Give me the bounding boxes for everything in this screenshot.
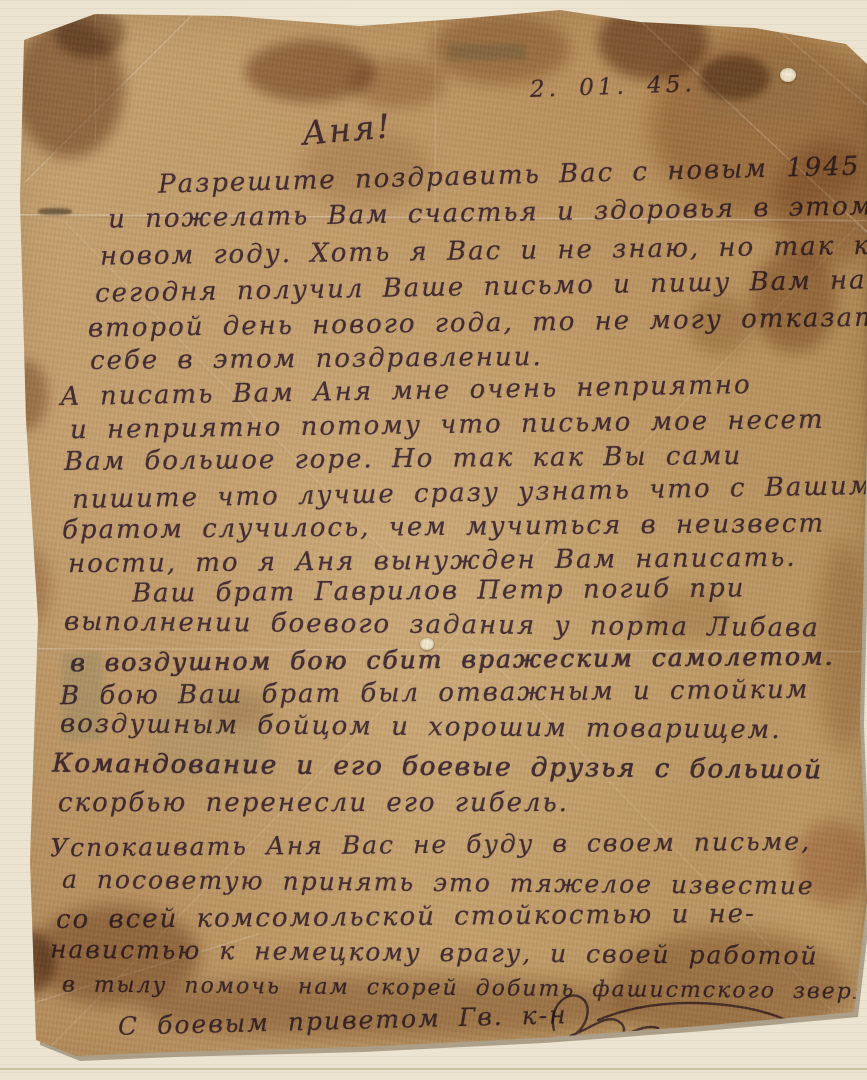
stain [430, 14, 570, 84]
letter-line: В бою Ваш брат был отважным и стойким [60, 675, 810, 712]
photo-canvas: 2. 01. 45. Аня! Разрешите поздравить Вас… [0, 0, 867, 1080]
show-through-mark [448, 44, 526, 60]
stain [245, 40, 375, 102]
stain [0, 545, 50, 630]
show-through-mark [700, 60, 820, 120]
letter-line: Командование и его боевые друзья с больш… [52, 749, 823, 786]
paper-hole [780, 68, 796, 82]
fold-crease [93, 12, 96, 142]
letter-line: воздушным бойцом и хорошим товарищем. [60, 709, 782, 745]
letter-line: Успокаивать Аня Вас не буду в своем пись… [50, 827, 811, 863]
letter-line: и неприятно потому что письмо мое несет [70, 405, 825, 446]
letter-line: новом году. Хоть я Вас и не знаю, но так… [100, 230, 867, 271]
letter-line: скорбью перенесли его гибель. [58, 788, 569, 818]
paper-hole [420, 638, 434, 650]
fold-crease [746, 4, 867, 119]
letter-line: в воздушном бою сбит вражеским самолетом… [70, 642, 835, 678]
letter-line: выполнении боевого задания у порта Либав… [64, 607, 820, 644]
fold-crease [23, 4, 202, 183]
stain [700, 55, 770, 100]
letter-sheet: 2. 01. 45. Аня! Разрешите поздравить Вас… [0, 0, 867, 1080]
stain [55, 8, 125, 58]
tear-mark [38, 208, 72, 215]
greeting-line: Аня! [300, 106, 393, 153]
backing-edge-line [0, 1068, 867, 1070]
letter-line: сегодня получил Ваше письмо и пишу Вам н… [95, 265, 867, 308]
stain [350, 58, 445, 108]
letter-line: второй день нового года, то не могу отка… [88, 302, 867, 343]
signature-flourish [540, 978, 860, 1070]
letter-line: со всей комсомольской стойкостью и не- [56, 899, 756, 935]
closing-line: С боевым приветом Гв. к-н [118, 1000, 568, 1041]
stain [752, 248, 837, 353]
letter-line: Ваш брат Гаврилов Петр погиб при [132, 573, 746, 608]
letter-line: А писать Вам Аня мне очень неприятно [60, 370, 752, 412]
letter-line: братом случилось, чем мучиться в неизвес… [62, 509, 825, 546]
stain [0, 930, 55, 995]
letter-line: а посоветую принять это тяжелое известие [62, 865, 815, 901]
date-inscription: 2. 01. 45. [530, 71, 697, 103]
letter-line: Вам большое горе. Но так как Вы сами [64, 441, 742, 477]
letter-line: себе в этом поздравлении. [90, 342, 543, 376]
stain [2, 360, 48, 430]
